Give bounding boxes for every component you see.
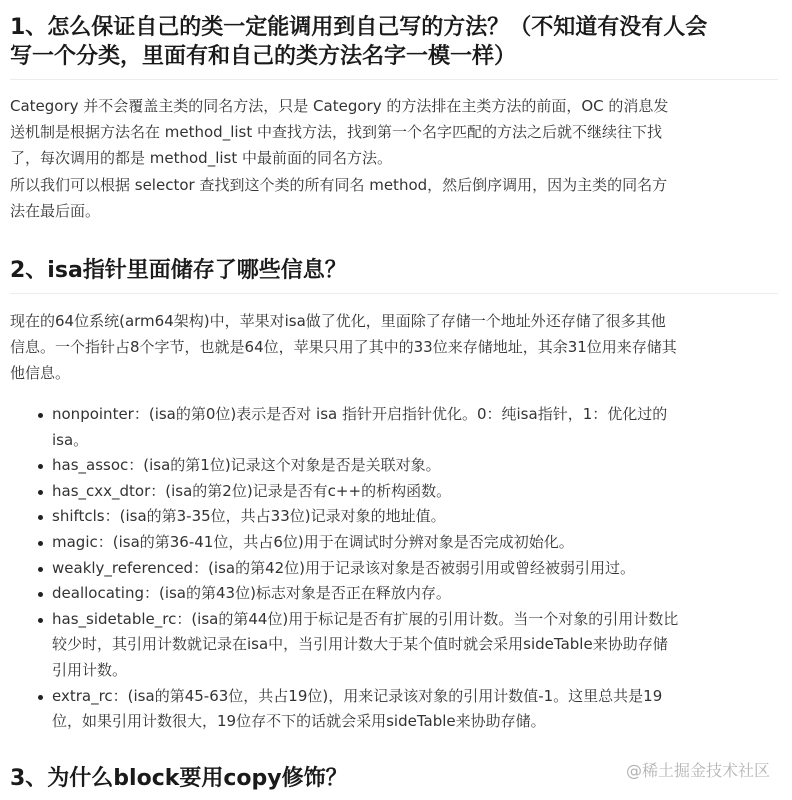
list-item-line: weakly_referenced：(isa的第42位)用于记录该对象是否被弱引… (52, 556, 678, 582)
list-item-line: extra_rc：(isa的第45-63位，共占19位)，用来记录该对象的引用计… (52, 684, 678, 710)
list-item-line: has_cxx_dtor：(isa的第2位)记录是否有c++的析构函数。 (52, 479, 678, 505)
list-item-magic: magic：(isa的第36-41位，共占6位)用于在调试时分辨对象是否完成初始… (10, 530, 678, 556)
list-item-line: nonpointer：(isa的第0位)表示是否对 isa 指针开启指针优化。0… (52, 402, 678, 428)
list-item-extra-rc: extra_rc：(isa的第45-63位，共占19位)，用来记录该对象的引用计… (10, 684, 678, 735)
list-item-line: 较少时，其引用计数就记录在isa中，当引用计数大于某个值时就会采用sideTab… (52, 632, 678, 658)
list-item-line: 引用计数。 (52, 658, 678, 684)
list-item-line: 位，如果引用计数很大，19位存不下的话就会采用sideTable来协助存储。 (52, 709, 678, 735)
heading-line: 1、怎么保证自己的类一定能调用到自己写的方法？（不知道有没有人会 (10, 13, 778, 42)
paragraph-line: 法在最后面。 (10, 198, 668, 224)
section-2-heading: 2、isa指针里面储存了哪些信息？ (10, 256, 778, 294)
list-item-weakly-referenced: weakly_referenced：(isa的第42位)用于记录该对象是否被弱引… (10, 556, 678, 582)
list-item-has-assoc: has_assoc：(isa的第1位)记录这个对象是否是关联对象。 (10, 453, 678, 479)
paragraph-line: 他信息。 (10, 360, 677, 386)
paragraph-line: 现在的64位系统(arm64架构)中，苹果对isa做了优化，里面除了存储一个地址… (10, 308, 677, 334)
heading-line: 写一个分类，里面有和自己的类方法名字一模一样） (10, 42, 778, 71)
section-2-paragraph: 现在的64位系统(arm64架构)中，苹果对isa做了优化，里面除了存储一个地址… (10, 308, 677, 387)
list-item-line: has_assoc：(isa的第1位)记录这个对象是否是关联对象。 (52, 453, 678, 479)
paragraph-line: Category 并不会覆盖主类的同名方法，只是 Category 的方法排在主… (10, 93, 668, 119)
heading-line: 2、isa指针里面储存了哪些信息？ (10, 256, 778, 285)
list-item-shiftcls: shiftcls：(isa的第3-35位，共占33位)记录对象的地址值。 (10, 504, 678, 530)
list-item-line: has_sidetable_rc：(isa的第44位)用于标记是否有扩展的引用计… (52, 607, 678, 633)
watermark: @稀土掘金技术社区 (626, 758, 770, 781)
list-item-deallocating: deallocating：(isa的第43位)标志对象是否正在释放内存。 (10, 581, 678, 607)
paragraph-line: 了，每次调用的都是 method_list 中最前面的同名方法。 (10, 145, 668, 171)
list-item-line: deallocating：(isa的第43位)标志对象是否正在释放内存。 (52, 581, 678, 607)
list-item-has-cxx-dtor: has_cxx_dtor：(isa的第2位)记录是否有c++的析构函数。 (10, 479, 678, 505)
isa-bits-list: nonpointer：(isa的第0位)表示是否对 isa 指针开启指针优化。0… (10, 402, 678, 735)
list-item-line: magic：(isa的第36-41位，共占6位)用于在调试时分辨对象是否完成初始… (52, 530, 678, 556)
paragraph-line: 送机制是根据方法名在 method_list 中查找方法，找到第一个名字匹配的方… (10, 119, 668, 145)
section-1-paragraph: Category 并不会覆盖主类的同名方法，只是 Category 的方法排在主… (10, 93, 668, 224)
list-item-line: shiftcls：(isa的第3-35位，共占33位)记录对象的地址值。 (52, 504, 678, 530)
list-item-line: isa。 (52, 428, 678, 454)
paragraph-line: 信息。一个指针占8个字节，也就是64位，苹果只用了其中的33位来存储地址，其余3… (10, 334, 677, 360)
list-item-nonpointer: nonpointer：(isa的第0位)表示是否对 isa 指针开启指针优化。0… (10, 402, 678, 453)
section-1-heading: 1、怎么保证自己的类一定能调用到自己写的方法？（不知道有没有人会 写一个分类，里… (10, 13, 778, 80)
list-item-has-sidetable-rc: has_sidetable_rc：(isa的第44位)用于标记是否有扩展的引用计… (10, 607, 678, 684)
paragraph-line: 所以我们可以根据 selector 查找到这个类的所有同名 method，然后倒… (10, 172, 668, 198)
